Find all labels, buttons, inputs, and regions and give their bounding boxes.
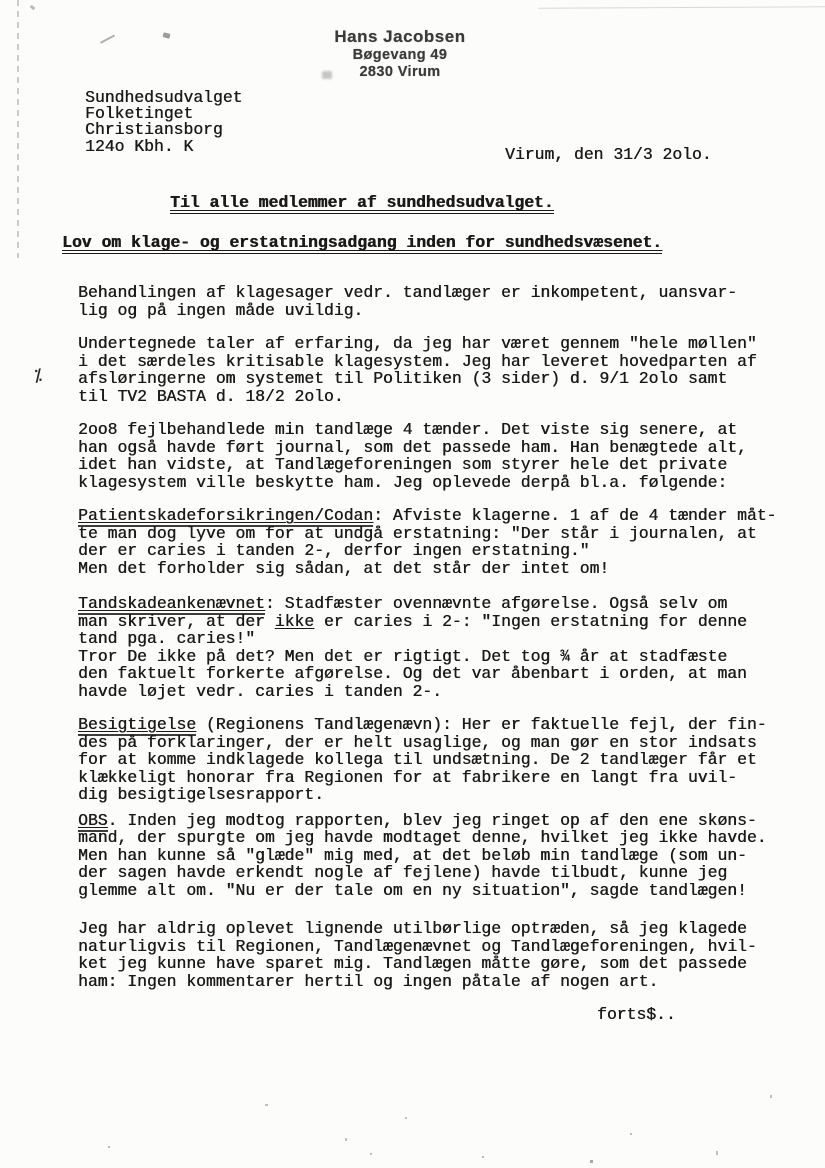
scan-speck (716, 1151, 718, 1155)
sender-city: 2830 Virum (280, 64, 520, 81)
letter-body: Behandlingen af klagesager vedr. tandlæg… (78, 284, 778, 1024)
text-segment: ikke (275, 612, 314, 631)
paragraph: Tandskadeankenævnet: Stadfæster ovennævn… (78, 595, 778, 700)
scan-speck (405, 1117, 407, 1119)
scan-speck (108, 1146, 110, 1148)
sender-name: Hans Jacobsen (280, 27, 520, 47)
scan-speck (630, 1133, 632, 1135)
sender-street: Bøgevang 49 (280, 47, 520, 64)
text-segment: 2oo8 fejlbehandlede min tandlæge 4 tænde… (78, 420, 747, 492)
paragraph: Jeg har aldrig oplevet lignende utilbørl… (78, 920, 778, 990)
scan-speck (370, 1153, 372, 1155)
paragraph: 2oo8 fejlbehandlede min tandlæge 4 tænde… (78, 421, 778, 491)
recipient-line: 124o Kbh. K (85, 139, 242, 155)
paragraph: Undertegnede taler af erfaring, da jeg h… (78, 335, 778, 405)
pencil-mark (162, 32, 170, 39)
section-heading: Tandskadeankenævnet (78, 594, 265, 613)
scan-speck (265, 1104, 268, 1106)
recipient-address: SundhedsudvalgetFolketingetChristiansbor… (85, 90, 242, 155)
text-segment: Undertegnede taler af erfaring, da jeg h… (78, 334, 757, 406)
scan-crease-artifact (538, 6, 825, 9)
letter-subject-text: Lov om klage- og erstatningsadgang inden… (62, 234, 662, 254)
pencil-mark (30, 5, 36, 11)
stamp-smudge (322, 71, 332, 79)
section-heading: Patientskadeforsikringen/Codan (78, 506, 373, 525)
text-segment: Jeg har aldrig oplevet lignende utilbørl… (78, 919, 757, 991)
letter-title: Til alle medlemmer af sundhedsudvalget. (170, 194, 554, 214)
paragraph: OBS. Inden jeg modtog rapporten, blev je… (78, 812, 778, 900)
scanned-letter-page: Hans Jacobsen Bøgevang 49 2830 Virum Sun… (0, 0, 825, 1168)
scan-speck (482, 1156, 484, 1158)
letter-title-text: Til alle medlemmer af sundhedsudvalget. (170, 194, 554, 214)
sender-stamp: Hans Jacobsen Bøgevang 49 2830 Virum (280, 27, 520, 81)
section-heading: Besigtigelse (78, 715, 196, 734)
scan-speck (345, 1138, 347, 1141)
scan-speck (770, 1095, 772, 1098)
continuation-note: forts$.. (78, 1006, 778, 1024)
date-line: Virum, den 31/3 2olo. (505, 146, 712, 164)
letter-subject: Lov om klage- og erstatningsadgang inden… (62, 234, 662, 254)
paragraph: Besigtigelse (Regionens Tandlægenævn): H… (78, 716, 778, 804)
paragraph: Behandlingen af klagesager vedr. tandlæg… (78, 284, 778, 319)
paragraph: Patientskadeforsikringen/Codan: Afviste … (78, 507, 778, 577)
scan-speck (590, 1160, 593, 1163)
margin-annotation-mark: ⁒ (33, 366, 42, 386)
pencil-mark (100, 34, 116, 45)
text-segment: . Inden jeg modtog rapporten, blev jeg r… (78, 811, 767, 900)
section-heading: OBS (78, 811, 108, 830)
text-segment: Behandlingen af klagesager vedr. tandlæg… (78, 283, 737, 320)
scan-edge-artifact (17, 0, 19, 258)
